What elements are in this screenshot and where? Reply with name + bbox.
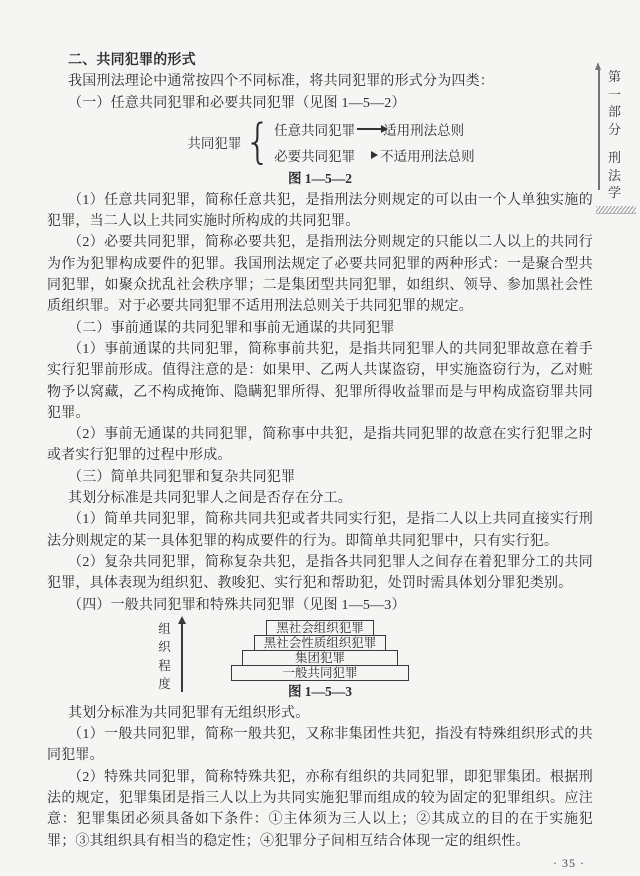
paragraph: （1）简单共同犯罪，简称共同共犯或者共同实行犯，是指二人以上共同直接实行刑法分则… — [47, 509, 593, 552]
margin-tab-text: 第一部分 刑法学 — [607, 68, 622, 202]
paragraph: （1）任意共同犯罪，简称任意共犯，是指刑法分则规定的可以由一个人单独实施的犯罪，… — [47, 190, 593, 233]
figure-branches: 任意共同犯罪 适用刑法总则 必要共同犯罪 不适用刑法总则 — [274, 116, 475, 168]
figure-root-label: 共同犯罪 — [187, 132, 241, 152]
figure-caption: 图 1—5—3 — [47, 681, 593, 702]
pyramid-level: 一般共同犯罪 — [231, 665, 409, 681]
paragraph: （2）复杂共同犯罪，简称复杂共犯，是指各共同犯罪人之间存在着犯罪分工的共同犯罪，… — [47, 552, 593, 595]
arrowhead-right-icon — [371, 151, 378, 159]
paragraph: （2）事前无通谋的共同犯罪，简称事中共犯，是指共同犯罪的故意在实行犯罪之时或者实… — [47, 424, 593, 467]
paragraph: 其划分标准是共同犯罪人之间是否存在分工。 — [47, 488, 593, 509]
paragraph: （1）一般共同犯罪，简称一般共犯，又称非集团性共犯，指没有特殊组织形式的共同犯罪… — [47, 724, 593, 767]
intro-paragraph: 我国刑法理论中通常按四个不同标准，将共同犯罪的形式分为四类： — [47, 71, 593, 92]
figure-branch-row: 任意共同犯罪 适用刑法总则 — [274, 116, 475, 142]
arrow-right-icon — [357, 128, 382, 130]
subsection-3-heading: （三）简单共同犯罪和复杂共同犯罪 — [47, 467, 593, 488]
figure-axis: 组织程度 — [157, 620, 183, 694]
hatch-divider — [596, 206, 636, 214]
subsection-1-heading: （一）任意共同犯罪和必要共同犯罪（见图 1—5—2） — [47, 93, 593, 114]
pyramid: 黑社会组织犯罪 黑社会性质组织犯罪 集团犯罪 一般共同犯罪 — [47, 619, 593, 681]
branch-result: 不适用刑法总则 — [380, 145, 475, 165]
figure-1-5-2: 共同犯罪 { 任意共同犯罪 适用刑法总则 必要共同犯罪 不适用刑法总则 图 1—… — [47, 116, 593, 189]
figure-1-5-3: 组织程度 黑社会组织犯罪 黑社会性质组织犯罪 集团犯罪 一般共同犯罪 图 1—5… — [47, 619, 593, 702]
paragraph: 其划分标准为共同犯罪有无组织形式。 — [47, 703, 593, 724]
branch-result: 适用刑法总则 — [383, 119, 464, 139]
paragraph: （1）事前通谋的共同犯罪，简称事前共犯，是指共同犯罪人的共同犯罪故意在着手实行犯… — [47, 339, 593, 424]
axis-label: 组织程度 — [157, 620, 172, 694]
margin-tab: 第一部分 刑法学 — [598, 62, 638, 214]
paragraph: （2）必要共同犯罪，简称必要共犯，是指刑法分则规定的只能以二人以上的共同行为作为… — [47, 232, 593, 317]
pyramid-level: 黑社会性质组织犯罪 — [254, 635, 386, 651]
subsection-2-heading: （二）事前通谋的共同犯罪和事前无通谋的共同犯罪 — [47, 318, 593, 339]
book-page: { "page": { "footer": "· 35 ·" }, "margi… — [0, 0, 640, 876]
page-number: · 35 · — [47, 853, 593, 874]
pyramid-level: 集团犯罪 — [242, 650, 398, 666]
paragraph: （2）特殊共同犯罪，简称特殊共犯，亦称有组织的共同犯罪，即犯罪集团。根据刑法的规… — [47, 767, 593, 852]
axis-arrow-up-icon — [181, 623, 183, 692]
margin-arrow-up-icon — [598, 69, 600, 190]
subject-label: 刑法学 — [607, 149, 622, 202]
pyramid-level: 黑社会组织犯罪 — [266, 620, 374, 636]
branch-label: 必要共同犯罪 — [274, 145, 355, 165]
part-label: 第一部分 — [607, 68, 622, 138]
brace-icon: { — [244, 116, 271, 168]
figure-caption: 图 1—5—2 — [47, 168, 593, 189]
page-content: 二、共同犯罪的形式 我国刑法理论中通常按四个不同标准，将共同犯罪的形式分为四类：… — [47, 50, 593, 874]
branch-label: 任意共同犯罪 — [274, 119, 355, 139]
margin-tab-body: 第一部分 刑法学 — [598, 62, 638, 202]
section-heading: 二、共同犯罪的形式 — [47, 50, 593, 71]
figure-branch-row: 必要共同犯罪 不适用刑法总则 — [274, 142, 475, 168]
figure-1-5-2-body: 共同犯罪 { 任意共同犯罪 适用刑法总则 必要共同犯罪 不适用刑法总则 — [47, 116, 593, 168]
subsection-4-heading: （四）一般共同犯罪和特殊共同犯罪（见图 1—5—3） — [47, 595, 593, 616]
